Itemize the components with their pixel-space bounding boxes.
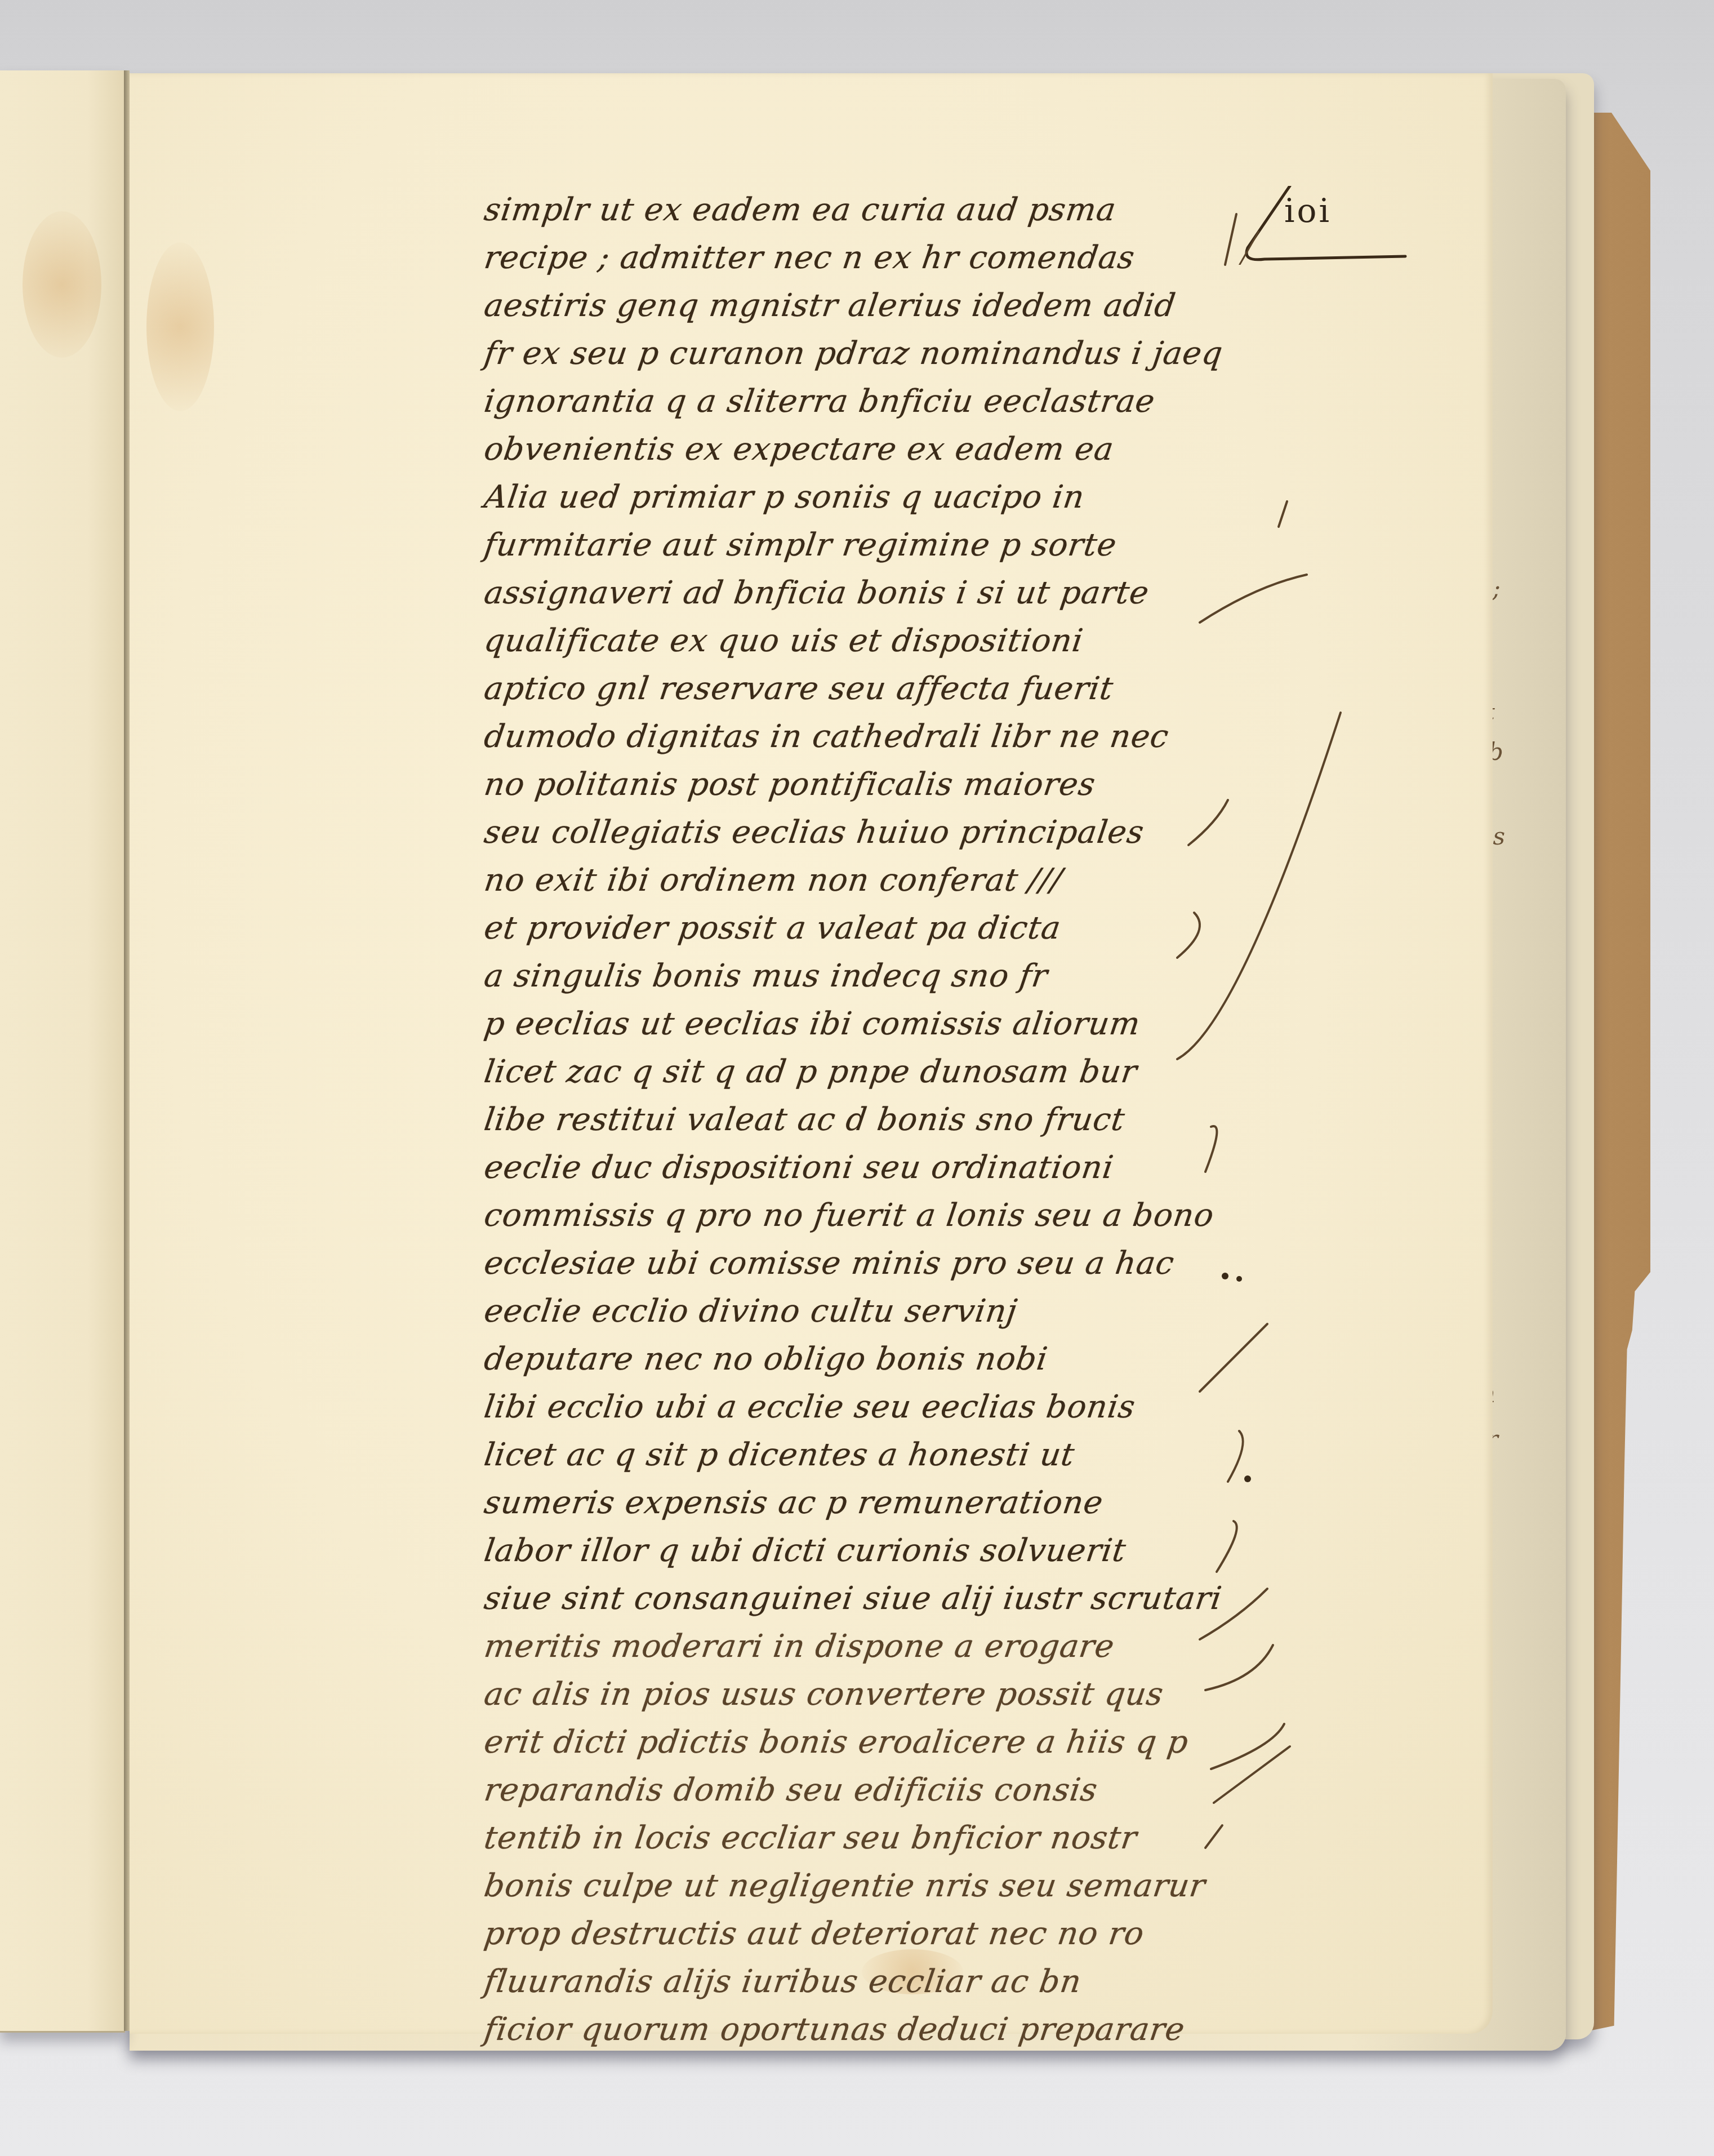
text-line: fr ex seu p curanon pdraz nominandus i j… xyxy=(481,330,1220,377)
text-line: licet zac q sit q ad p pnpe dunosam bur xyxy=(481,1048,1220,1096)
text-line: simplr ut ex eadem ea curia aud psma xyxy=(481,186,1220,234)
text-line: dumodo dignitas in cathedrali libr ne ne… xyxy=(481,713,1220,761)
text-line: seu collegiatis eeclias huiuo principale… xyxy=(481,808,1220,856)
left-page xyxy=(0,70,125,2033)
text-line: ignorantia q a sliterra bnficiu eeclastr… xyxy=(481,377,1220,425)
text-line: eeclie ecclio divino cultu servinj xyxy=(481,1287,1220,1335)
text-line: ecclesiae ubi comisse minis pro seu a ha… xyxy=(481,1239,1220,1287)
text-line: ficior quorum oportunas deduci preparare xyxy=(481,2006,1220,2053)
text-line: p eeclias ut eeclias ibi comissis alioru… xyxy=(481,1000,1220,1048)
text-line: qualificate ex quo uis et dispositioni xyxy=(481,617,1220,665)
text-line: assignaveri ad bnficia bonis i si ut par… xyxy=(481,569,1220,617)
text-line: commissis q pro no fuerit a lonis seu a … xyxy=(481,1192,1220,1239)
text-line: et provider possit a valeat pa dicta xyxy=(481,904,1220,952)
text-line: meritis moderari in dispone a erogare xyxy=(481,1622,1220,1670)
foxing-stain xyxy=(146,242,214,411)
text-line: ac alis in pios usus convertere possit q… xyxy=(481,1670,1220,1718)
manuscript-scene: m m; e ut ub r his i d t m r er ioi simp… xyxy=(0,0,1714,2156)
text-line: erit dicti pdictis bonis eroalicere a hi… xyxy=(481,1718,1220,1766)
foxing-stain xyxy=(23,211,101,358)
text-line: recipe ; admitter nec n ex hr comendas xyxy=(481,234,1220,282)
text-line: labor illor q ubi dicti curionis solvuer… xyxy=(481,1527,1220,1575)
text-line: aestiris genq mgnistr alerius idedem adi… xyxy=(481,282,1220,330)
text-line: libe restitui valeat ac d bonis sno fruc… xyxy=(481,1096,1220,1144)
text-line: reparandis domib seu edificiis consis xyxy=(481,1766,1220,1814)
text-line: siue sint consanguinei siue alij iustr s… xyxy=(481,1575,1220,1622)
text-line: sumeris expensis ac p remuneratione xyxy=(481,1479,1220,1527)
text-line: no exit ibi ordinem non conferat /// xyxy=(481,856,1220,904)
text-line: obvenientis ex expectare ex eadem ea xyxy=(481,425,1220,473)
text-line: libi ecclio ubi a ecclie seu eeclias bon… xyxy=(481,1383,1220,1431)
text-line: fluurandis alijs iuribus eccliar ac bn xyxy=(481,1958,1220,2006)
text-line: prop destructis aut deteriorat nec no ro xyxy=(481,1910,1220,1958)
text-line: a singulis bonis mus indecq sno fr xyxy=(481,952,1220,1000)
text-line: bonis culpe ut negligentie nris seu sema… xyxy=(481,1862,1220,1910)
manuscript-text-block: simplr ut ex eadem ea curia aud psma rec… xyxy=(484,186,1217,2053)
text-line: eeclie duc dispositioni seu ordinationi xyxy=(481,1144,1220,1192)
text-line: licet ac q sit p dicentes a honesti ut xyxy=(481,1431,1220,1479)
text-line: aptico gnl reservare seu affecta fuerit xyxy=(481,665,1220,713)
binding-gutter xyxy=(124,70,130,2031)
text-line: deputare nec no obligo bonis nobi xyxy=(481,1335,1220,1383)
folio-number: ioi xyxy=(1284,192,1332,230)
text-line: tentib in locis eccliar seu bnficior nos… xyxy=(481,1814,1220,1862)
text-line: furmitarie aut simplr regimine p sorte xyxy=(481,521,1220,569)
text-line: no politanis post pontificalis maiores xyxy=(481,761,1220,808)
text-line: Alia ued primiar p soniis q uacipo in xyxy=(481,473,1220,521)
